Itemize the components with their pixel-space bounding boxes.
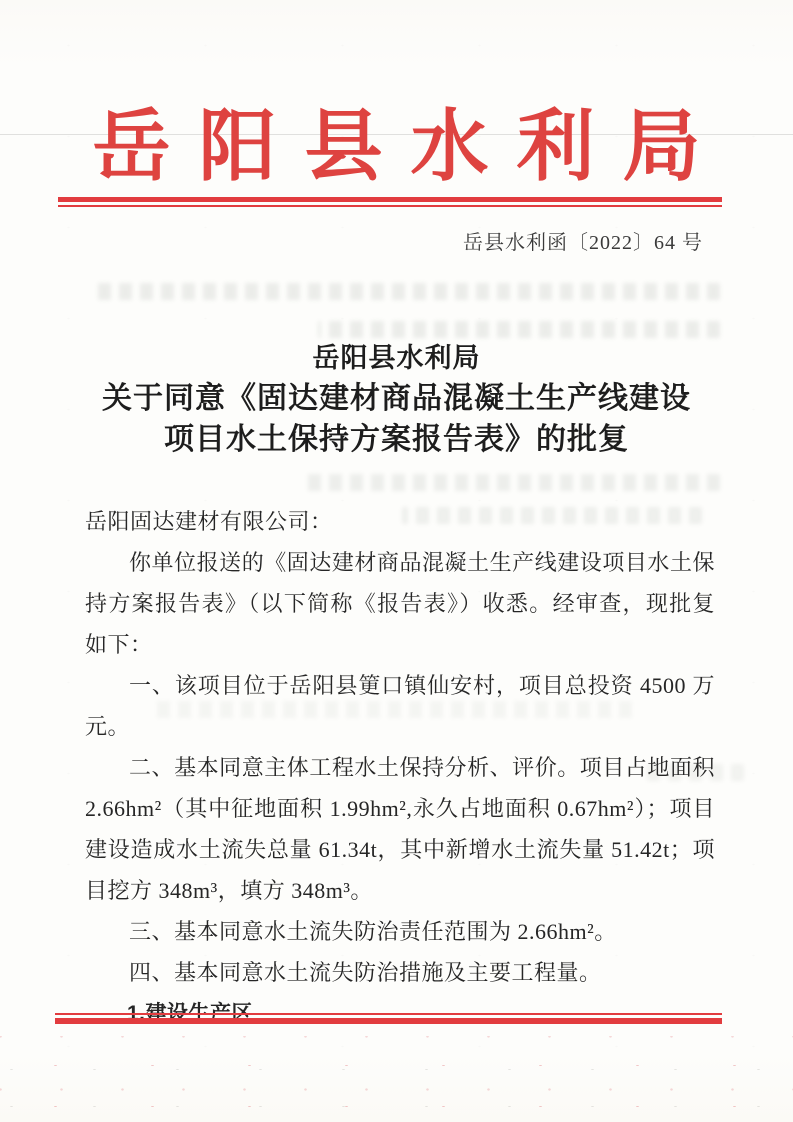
bleed-through-artifact bbox=[92, 283, 720, 300]
document-title-line-1: 岳阳县水利局 bbox=[0, 338, 793, 378]
letterhead-double-rule bbox=[58, 197, 722, 207]
bleed-through-artifact bbox=[318, 321, 720, 338]
document-title-line-3: 项目水土保持方案报告表》的批复 bbox=[0, 419, 793, 460]
bleed-through-artifact bbox=[302, 474, 720, 491]
rule-thin-band bbox=[58, 205, 722, 207]
document-title-line-2: 关于同意《固达建材商品混凝土生产线建设 bbox=[0, 378, 793, 419]
rule-thick-band bbox=[55, 1018, 722, 1024]
item-two-paragraph: 二、基本同意主体工程水土保持分析、评价。项目占地面积 2.66hm²（其中征地面… bbox=[85, 747, 715, 911]
scan-noise bbox=[0, 1036, 793, 1122]
document-number: 岳县水利函〔2022〕64 号 bbox=[463, 226, 703, 255]
item-four-paragraph: 四、基本同意水土流失防治措施及主要工程量。 bbox=[85, 952, 715, 993]
document-page: 岳阳县水利局 岳县水利函〔2022〕64 号 岳阳县水利局 关于同意《固达建材商… bbox=[0, 0, 793, 1122]
agency-masthead: 岳阳县水利局 bbox=[0, 103, 793, 191]
salutation-paragraph: 岳阳固达建材有限公司： bbox=[85, 501, 715, 542]
document-title: 岳阳县水利局 关于同意《固达建材商品混凝土生产线建设 项目水土保持方案报告表》的… bbox=[0, 338, 793, 460]
intro-paragraph: 你单位报送的《固达建材商品混凝土生产线建设项目水土保持方案报告表》（以下简称《报… bbox=[85, 542, 715, 665]
footer-double-rule bbox=[55, 1013, 722, 1024]
document-body: 岳阳固达建材有限公司： 你单位报送的《固达建材商品混凝土生产线建设项目水土保持方… bbox=[85, 501, 715, 1034]
item-one-paragraph: 一、该项目位于岳阳县筻口镇仙安村，项目总投资 4500 万元。 bbox=[85, 665, 715, 747]
item-three-paragraph: 三、基本同意水土流失防治责任范围为 2.66hm²。 bbox=[85, 911, 715, 952]
